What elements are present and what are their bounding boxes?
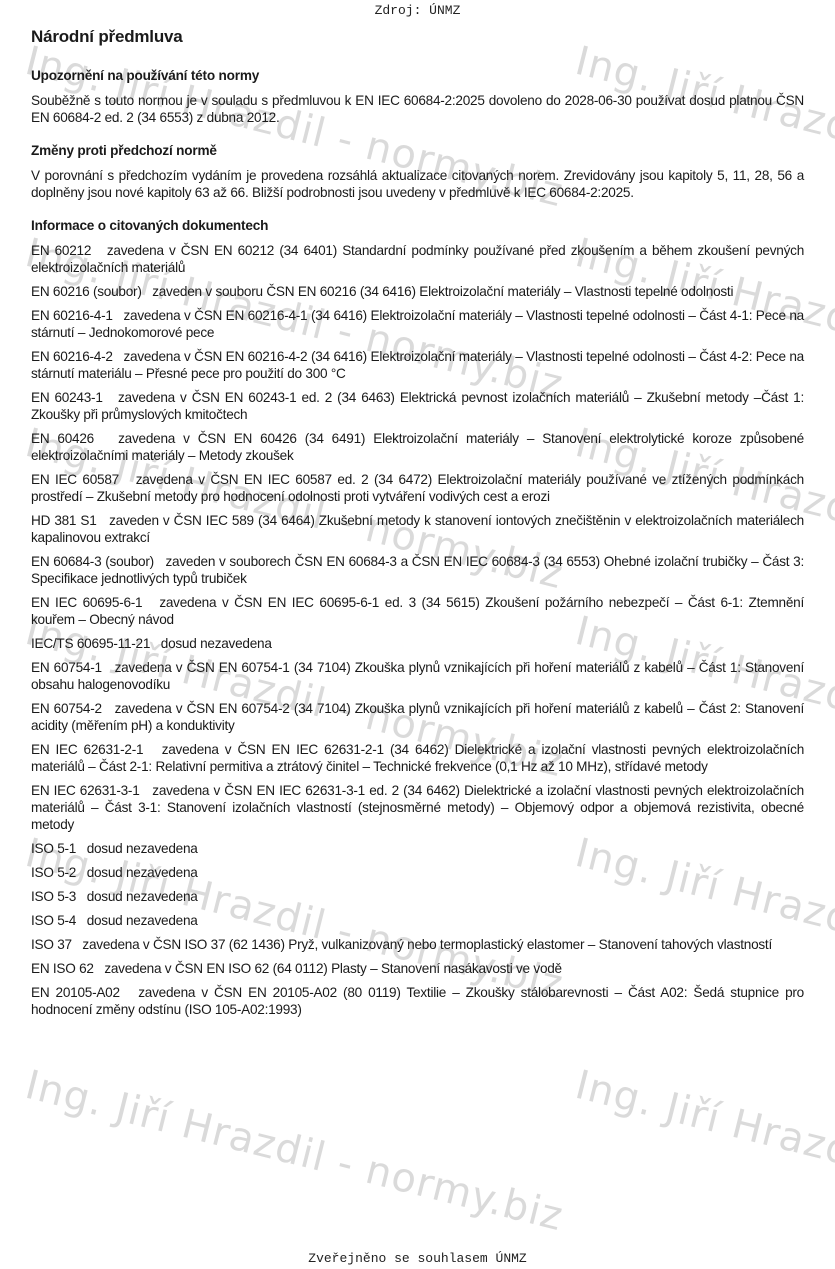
- cited-document-description: zavedena v ČSN EN 60216-4-2 (34 6416) El…: [31, 349, 804, 381]
- cited-document-description: zavedena v ČSN EN 60216-4-1 (34 6416) El…: [31, 308, 804, 340]
- cited-document-code: EN 60216-4-2: [31, 349, 113, 364]
- cited-document-entry: EN 60426 zavedena v ČSN EN 60426 (34 649…: [31, 430, 804, 464]
- cited-document-description: zavedena v ČSN EN 60426 (34 6491) Elektr…: [31, 431, 804, 463]
- cited-document-entry: EN IEC 62631-3-1 zavedena v ČSN EN IEC 6…: [31, 782, 804, 833]
- cited-document-entry: EN IEC 62631-2-1 zavedena v ČSN EN IEC 6…: [31, 741, 804, 775]
- cited-document-code: ISO 5-4: [31, 913, 76, 928]
- cited-document-code: ISO 5-2: [31, 865, 76, 880]
- cited-document-code: ISO 37: [31, 937, 72, 952]
- page-footer: Zveřejněno se souhlasem ÚNMZ: [0, 1251, 835, 1266]
- cited-document-description: zavedena v ČSN ISO 37 (62 1436) Pryž, vu…: [82, 937, 772, 952]
- cited-document-code: EN IEC 60587: [31, 472, 119, 487]
- cited-document-description: zavedena v ČSN EN 60212 (34 6401) Standa…: [31, 243, 804, 275]
- cited-document-code: EN 60243-1: [31, 390, 103, 405]
- cited-document-entry: HD 381 S1 zaveden v ČSN IEC 589 (34 6464…: [31, 512, 804, 546]
- cited-document-code: EN 60426: [31, 431, 94, 446]
- cited-document-description: dosud nezavedena: [87, 865, 198, 880]
- cited-document-entry: ISO 5-4 dosud nezavedena: [31, 912, 804, 929]
- cited-document-description: zavedena v ČSN EN IEC 62631-2-1 (34 6462…: [31, 742, 804, 774]
- section-heading-usage-notice: Upozornění na používání této normy: [31, 67, 804, 84]
- cited-document-code: EN 60216 (soubor): [31, 284, 142, 299]
- cited-document-entry: EN 60754-2 zavedena v ČSN EN 60754-2 (34…: [31, 700, 804, 734]
- section-heading-changes: Změny proti předchozí normě: [31, 142, 804, 159]
- document-title: Národní předmluva: [31, 27, 804, 47]
- cited-document-code: EN 60754-2: [31, 701, 102, 716]
- cited-document-entry: EN 60216-4-2 zavedena v ČSN EN 60216-4-2…: [31, 348, 804, 382]
- cited-document-entry: EN IEC 60587 zavedena v ČSN EN IEC 60587…: [31, 471, 804, 505]
- cited-document-entry: EN 60684-3 (soubor) zaveden v souborech …: [31, 553, 804, 587]
- cited-document-entry: IEC/TS 60695-11-21 dosud nezavedena: [31, 635, 804, 652]
- cited-document-description: zavedena v ČSN EN 60754-2 (34 7104) Zkou…: [31, 701, 804, 733]
- cited-document-entry: EN 20105-A02 zavedena v ČSN EN 20105-A02…: [31, 984, 804, 1018]
- cited-document-entry: ISO 37 zavedena v ČSN ISO 37 (62 1436) P…: [31, 936, 804, 953]
- cited-document-code: HD 381 S1: [31, 513, 97, 528]
- cited-document-description: zavedena v ČSN EN IEC 60587 ed. 2 (34 64…: [31, 472, 804, 504]
- watermark: Ing. Jiří Hrazdil - normy.biz: [571, 1062, 835, 1240]
- cited-document-entry: EN 60216-4-1 zavedena v ČSN EN 60216-4-1…: [31, 307, 804, 341]
- cited-document-description: zaveden v ČSN IEC 589 (34 6464) Zkušební…: [31, 513, 804, 545]
- cited-document-entry: EN 60212 zavedena v ČSN EN 60212 (34 640…: [31, 242, 804, 276]
- cited-document-description: zavedena v ČSN EN ISO 62 (64 0112) Plast…: [104, 961, 562, 976]
- cited-document-description: zavedena v ČSN EN 60754-1 (34 7104) Zkou…: [31, 660, 804, 692]
- cited-document-description: zavedena v ČSN EN 20105-A02 (80 0119) Te…: [31, 985, 804, 1017]
- cited-document-entry: ISO 5-3 dosud nezavedena: [31, 888, 804, 905]
- cited-document-code: EN 60754-1: [31, 660, 102, 675]
- cited-document-code: ISO 5-3: [31, 889, 76, 904]
- document-body: Národní předmluva Upozornění na používán…: [31, 27, 804, 1025]
- watermark: Ing. Jiří Hrazdil - normy.biz: [21, 1062, 568, 1240]
- cited-document-description: zavedena v ČSN EN IEC 62631-3-1 ed. 2 (3…: [31, 783, 804, 832]
- cited-document-code: EN IEC 60695-6-1: [31, 595, 142, 610]
- cited-document-entry: EN 60243-1 zavedena v ČSN EN 60243-1 ed.…: [31, 389, 804, 423]
- cited-document-description: dosud nezavedena: [87, 913, 198, 928]
- cited-document-entry: EN IEC 60695-6-1 zavedena v ČSN EN IEC 6…: [31, 594, 804, 628]
- cited-document-code: EN 60684-3 (soubor): [31, 554, 154, 569]
- cited-documents-list: EN 60212 zavedena v ČSN EN 60212 (34 640…: [31, 242, 804, 1018]
- cited-document-description: dosud nezavedena: [87, 841, 198, 856]
- cited-document-code: EN 60216-4-1: [31, 308, 113, 323]
- cited-document-code: EN 20105-A02: [31, 985, 120, 1000]
- cited-document-code: EN ISO 62: [31, 961, 94, 976]
- cited-document-code: IEC/TS 60695-11-21: [31, 636, 150, 651]
- section-text-usage-notice: Souběžně s touto normou je v souladu s p…: [31, 92, 804, 126]
- page-source-header: Zdroj: ÚNMZ: [0, 3, 835, 18]
- cited-document-code: EN 60212: [31, 243, 91, 258]
- cited-document-code: EN IEC 62631-2-1: [31, 742, 143, 757]
- cited-document-entry: EN 60754-1 zavedena v ČSN EN 60754-1 (34…: [31, 659, 804, 693]
- section-heading-cited-documents: Informace o citovaných dokumentech: [31, 217, 804, 234]
- cited-document-description: zavedena v ČSN EN 60243-1 ed. 2 (34 6463…: [31, 390, 804, 422]
- cited-document-code: ISO 5-1: [31, 841, 76, 856]
- cited-document-description: dosud nezavedena: [161, 636, 272, 651]
- cited-document-entry: ISO 5-2 dosud nezavedena: [31, 864, 804, 881]
- cited-document-entry: EN 60216 (soubor) zaveden v souboru ČSN …: [31, 283, 804, 300]
- cited-document-entry: ISO 5-1 dosud nezavedena: [31, 840, 804, 857]
- cited-document-code: EN IEC 62631-3-1: [31, 783, 140, 798]
- cited-document-entry: EN ISO 62 zavedena v ČSN EN ISO 62 (64 0…: [31, 960, 804, 977]
- cited-document-description: zaveden v souboru ČSN EN 60216 (34 6416)…: [152, 284, 733, 299]
- cited-document-description: dosud nezavedena: [87, 889, 198, 904]
- cited-document-description: zavedena v ČSN EN IEC 60695-6-1 ed. 3 (3…: [31, 595, 804, 627]
- section-text-changes: V porovnání s předchozím vydáním je prov…: [31, 167, 804, 201]
